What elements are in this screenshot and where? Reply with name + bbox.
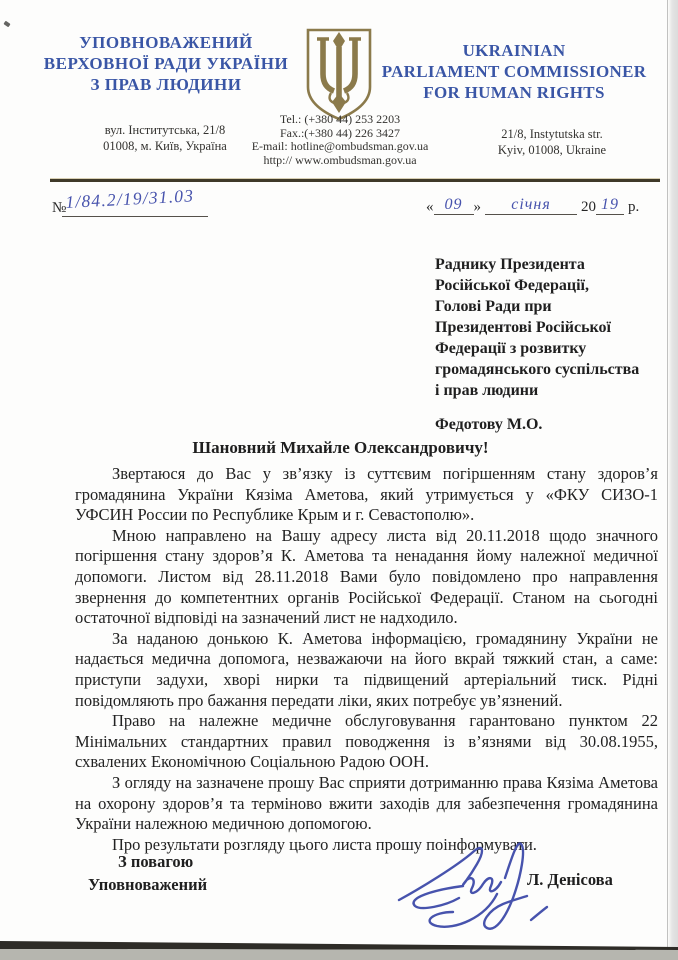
body-paragraph: За наданою донькою К. Аметова інформаціє… — [75, 629, 658, 711]
handwritten-day: 09 — [434, 196, 474, 215]
number-sign-label: № — [52, 200, 66, 217]
fax-line: Fax.:(+380 44) 226 3427 — [225, 127, 455, 141]
date-field: « 09 » січня 20 19 р. — [426, 198, 639, 217]
closing-phrase: З повагою — [88, 850, 207, 873]
email-line: E-mail: hotline@ombudsman.gov.ua — [225, 140, 455, 154]
recipient-line: Раднику Президента — [435, 254, 663, 275]
recipient-block: Раднику Президента Російської Федерації,… — [435, 254, 663, 435]
body-paragraph: З огляду на зазначене прошу Вас сприяти … — [75, 773, 658, 835]
recipient-line: Федерації з розвитку — [435, 338, 663, 359]
reference-underline — [62, 216, 208, 217]
recipient-line: Голові Ради при — [435, 296, 663, 317]
website-line: http:// www.ombudsman.gov.ua — [225, 154, 455, 168]
scan-speck — [3, 21, 10, 28]
org-title-ua-line: З ПРАВ ЛЮДИНИ — [28, 74, 304, 95]
handwritten-year: 19 — [596, 196, 624, 215]
address-en-line: Kyiv, 01008, Ukraine — [432, 142, 672, 158]
recipient-line: Російської Федерації, — [435, 275, 663, 296]
letter-body: Звертаюся до Вас у зв’язку із суттєвим п… — [75, 464, 658, 855]
contact-info: Tel.: (+380 44) 253 2203 Fax.:(+380 44) … — [225, 113, 455, 167]
org-title-en: UKRAINIAN PARLIAMENT COMMISSIONER FOR HU… — [378, 40, 650, 103]
quote-close: » — [474, 199, 482, 216]
recipient-line: і прав людини — [435, 380, 663, 401]
org-title-ua: УПОВНОВАЖЕНИЙ ВЕРХОВНОЇ РАДИ УКРАЇНИ З П… — [28, 32, 304, 95]
scan-right-edge — [667, 0, 678, 960]
recipient-line: громадянського суспільства — [435, 359, 663, 380]
handwritten-month: січня — [485, 196, 577, 215]
closing-block: З повагою Уповноважений — [88, 850, 207, 896]
year-suffix: р. — [628, 199, 639, 216]
recipient-line: Президентові Російської — [435, 317, 663, 338]
year-prefix: 20 — [581, 199, 596, 216]
org-title-ua-line: ВЕРХОВНОЇ РАДИ УКРАЇНИ — [28, 53, 304, 74]
signer-name: Л. Денісова — [527, 870, 613, 890]
org-title-en-line: UKRAINIAN — [378, 40, 650, 61]
handwritten-reference-number: 1/84.2/19/31.03 — [65, 182, 256, 213]
quote-open: « — [426, 199, 434, 216]
org-title-ua-line: УПОВНОВАЖЕНИЙ — [28, 32, 304, 53]
phone-line: Tel.: (+380 44) 253 2203 — [225, 113, 455, 127]
address-en: 21/8, Instytutska str. Kyiv, 01008, Ukra… — [432, 126, 672, 158]
body-paragraph: Мною направлено на Вашу адресу листа від… — [75, 526, 658, 629]
signer-title: Уповноважений — [88, 873, 207, 896]
reference-row: № 1/84.2/19/31.03 « 09 » січня 20 19 р. — [0, 192, 678, 232]
scanned-letter-page: УПОВНОВАЖЕНИЙ ВЕРХОВНОЇ РАДИ УКРАЇНИ З П… — [0, 0, 678, 960]
address-en-line: 21/8, Instytutska str. — [432, 126, 672, 142]
recipient-name: Федотову М.О. — [435, 414, 663, 435]
body-paragraph: Право на належне медичне обслуговування … — [75, 711, 658, 773]
trident-emblem-icon — [303, 27, 375, 123]
scan-bottom-edge — [0, 938, 678, 960]
org-title-en-line: PARLIAMENT COMMISSIONER — [378, 61, 650, 82]
header-divider — [50, 178, 660, 182]
signature — [393, 836, 553, 944]
salutation: Шановний Михайле Олександровичу! — [75, 438, 606, 458]
body-paragraph: Звертаюся до Вас у зв’язку із суттєвим п… — [75, 464, 658, 526]
org-title-en-line: FOR HUMAN RIGHTS — [378, 82, 650, 103]
